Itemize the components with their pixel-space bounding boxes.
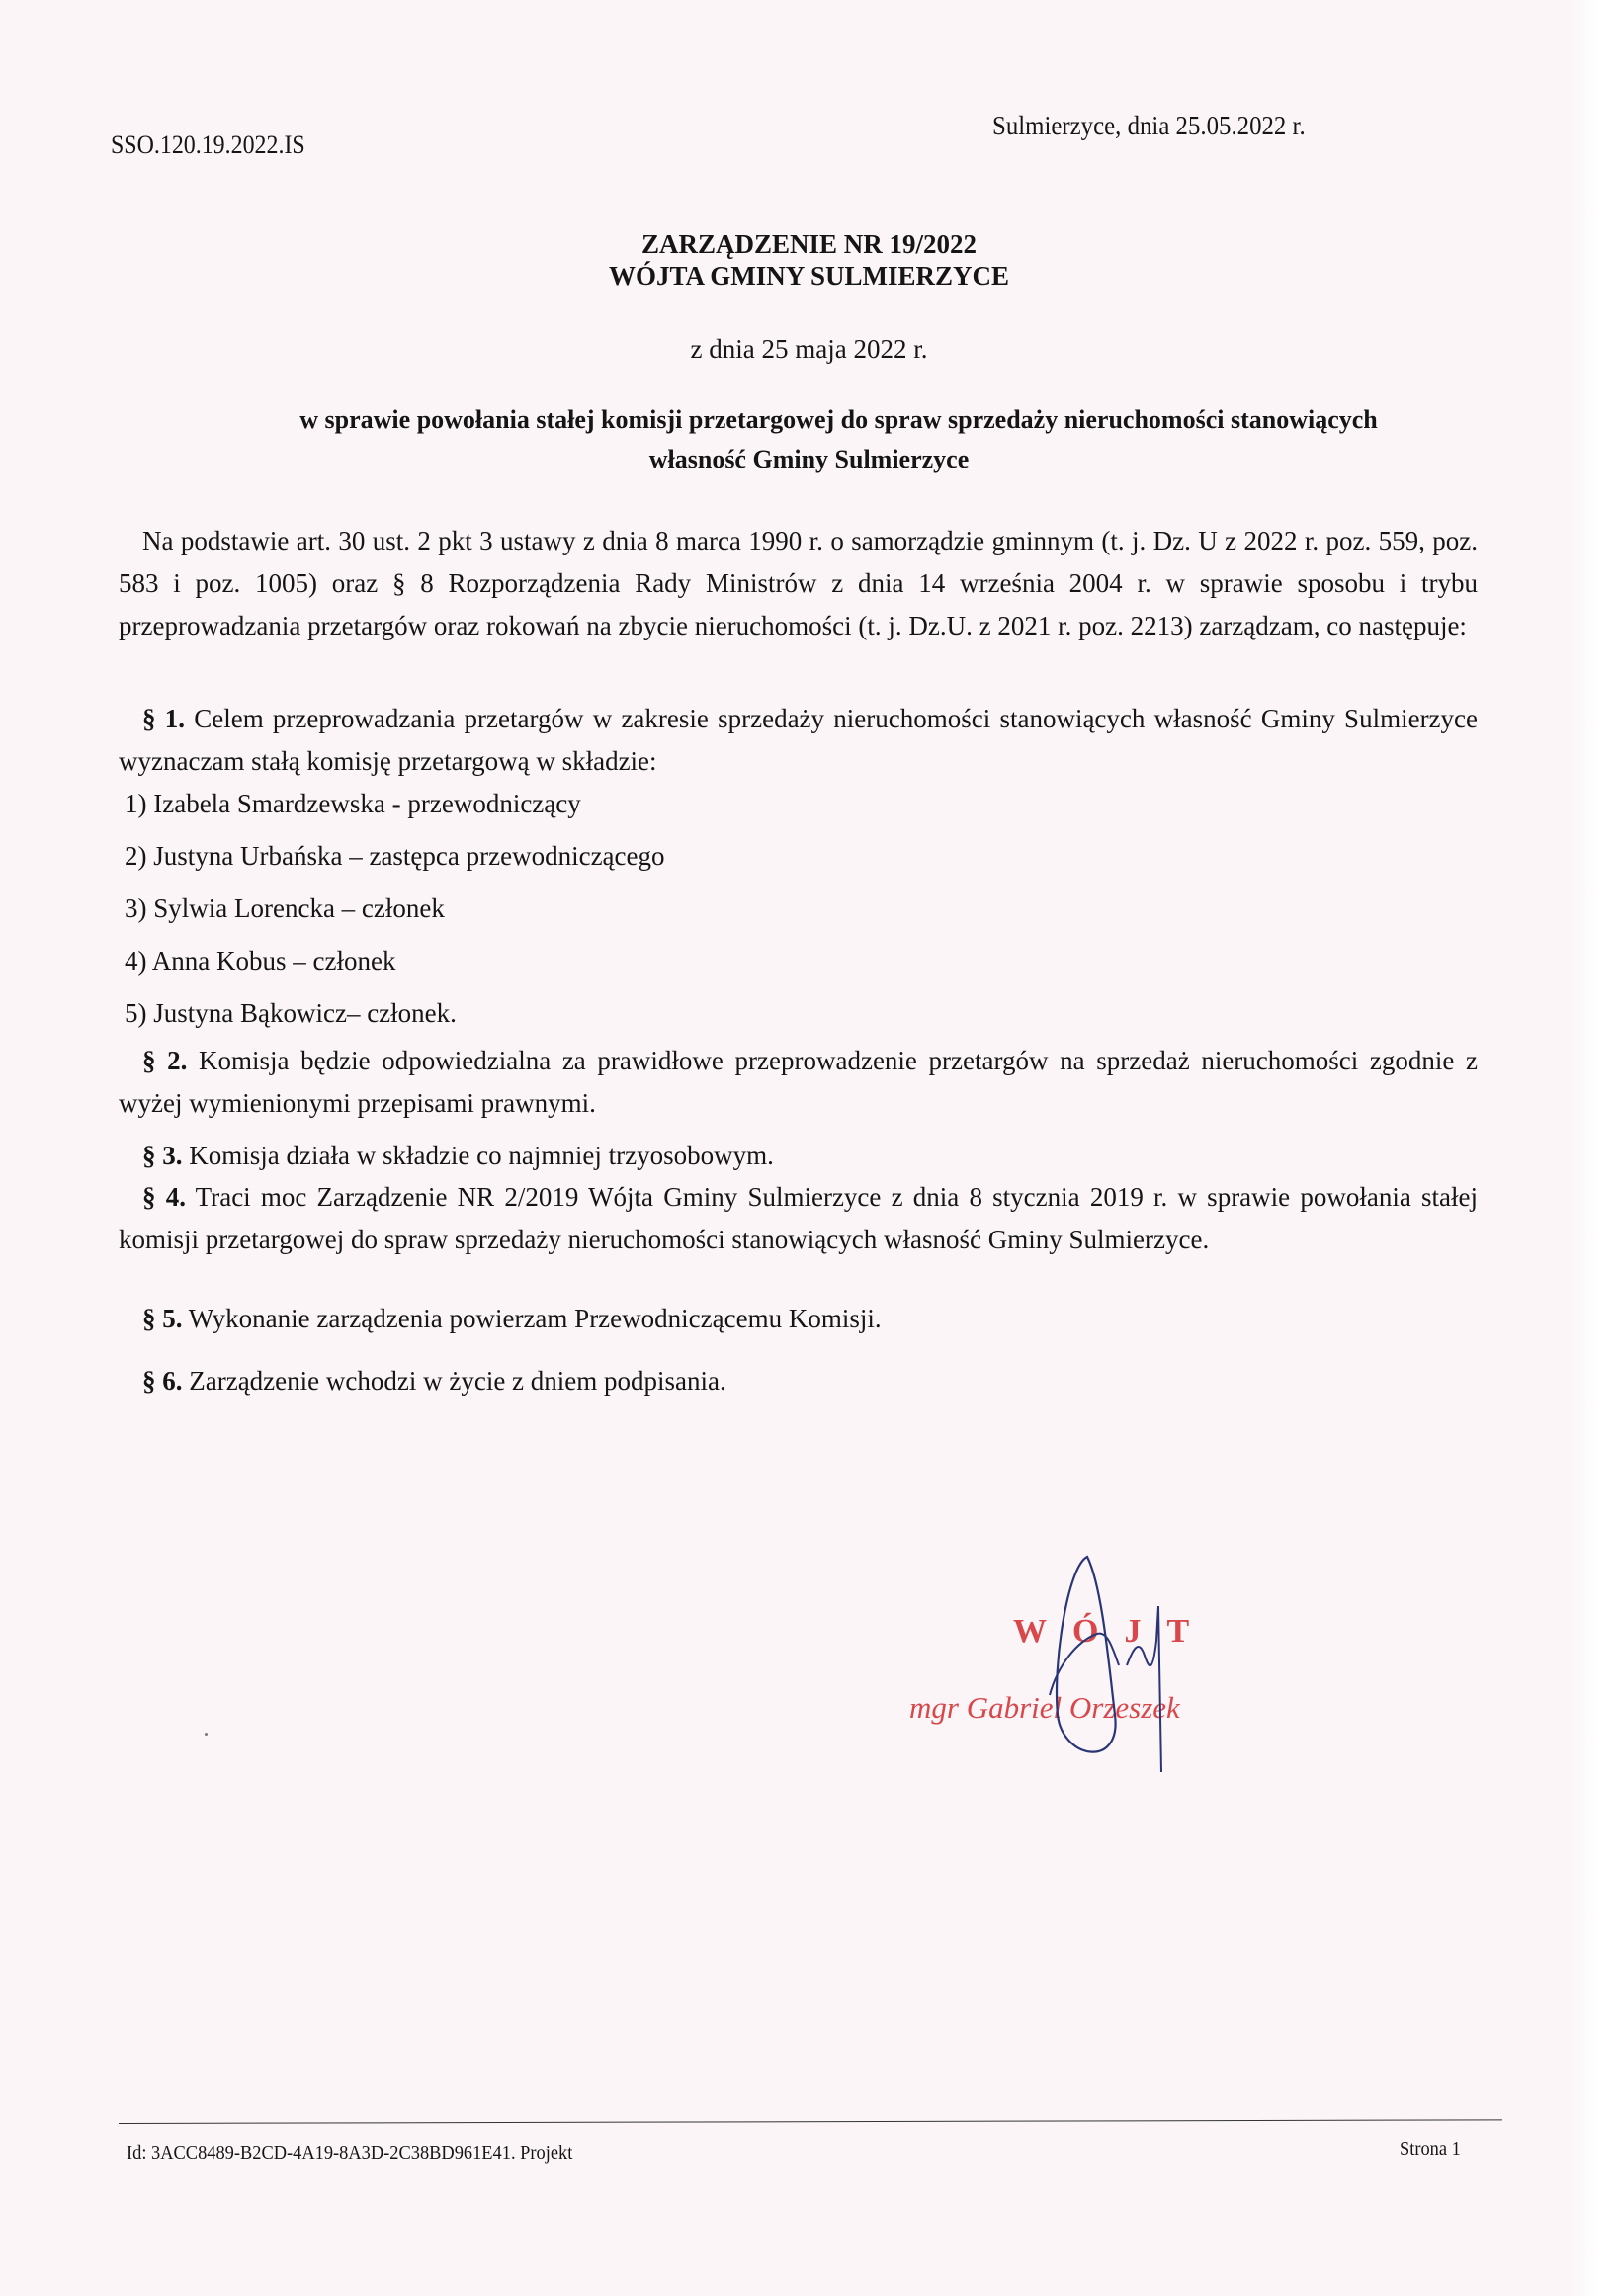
paragraph-text: Komisja działa w składzie co najmniej tr…: [189, 1141, 774, 1170]
paragraph-number: § 6.: [142, 1366, 183, 1396]
subject-line-1: w sprawie powołania stałej komisji przet…: [0, 405, 1618, 435]
document-date: z dnia 25 maja 2022 r.: [0, 334, 1618, 365]
list-item: 4) Anna Kobus – członek: [125, 946, 395, 977]
paragraph-text: Zarządzenie wchodzi w życie z dniem podp…: [189, 1366, 726, 1396]
paragraph-number: § 4.: [142, 1182, 186, 1212]
legal-basis-text: Na podstawie art. 30 ust. 2 pkt 3 ustawy…: [119, 526, 1478, 640]
list-item: 3) Sylwia Lorencka – członek: [125, 893, 445, 924]
place-date: Sulmierzyce, dnia 25.05.2022 r.: [992, 111, 1306, 141]
paragraph-number: § 1.: [142, 704, 185, 733]
paragraph-1: § 1. Celem przeprowadzania przetargów w …: [119, 698, 1478, 783]
paragraph-number: § 5.: [142, 1304, 183, 1333]
list-item: 5) Justyna Bąkowicz– członek.: [125, 998, 457, 1029]
paragraph-2: § 2. Komisja będzie odpowiedzialna za pr…: [119, 1040, 1478, 1125]
paragraph-6: § 6. Zarządzenie wchodzi w życie z dniem…: [119, 1360, 1478, 1403]
list-item: 2) Justyna Urbańska – zastępca przewodni…: [125, 841, 665, 872]
paragraph-number: § 2.: [142, 1046, 187, 1075]
paragraph-4: § 4. Traci moc Zarządzenie NR 2/2019 Wój…: [119, 1176, 1478, 1261]
reference-number: SSO.120.19.2022.IS: [111, 130, 305, 160]
document-title: ZARZĄDZENIE NR 19/2022: [0, 229, 1618, 260]
paragraph-text: Celem przeprowadzania przetargów w zakre…: [119, 704, 1478, 776]
handwritten-signature-icon: [1028, 1547, 1245, 1774]
list-item: 1) Izabela Smardzewska - przewodniczący: [125, 789, 581, 819]
paragraph-5: § 5. Wykonanie zarządzenia powierzam Prz…: [119, 1298, 1478, 1340]
subject-line-2: własność Gminy Sulmierzyce: [0, 445, 1618, 474]
paragraph-text: Komisja będzie odpowiedzialna za prawidł…: [119, 1046, 1478, 1118]
legal-basis-paragraph: Na podstawie art. 30 ust. 2 pkt 3 ustawy…: [119, 520, 1478, 647]
footer-page-number: Strona 1: [1400, 2138, 1461, 2161]
document-issuer: WÓJTA GMINY SULMIERZYCE: [0, 261, 1618, 292]
paragraph-number: § 3.: [142, 1141, 183, 1170]
paragraph-text: Traci moc Zarządzenie NR 2/2019 Wójta Gm…: [119, 1182, 1478, 1254]
footer-document-id: Id: 3ACC8489-B2CD-4A19-8A3D-2C38BD961E41…: [127, 2142, 572, 2165]
scan-speck: [205, 1733, 208, 1736]
paragraph-text: Wykonanie zarządzenia powierzam Przewodn…: [189, 1304, 882, 1333]
footer-divider: [119, 2119, 1502, 2124]
paragraph-3: § 3. Komisja działa w składzie co najmni…: [119, 1135, 1478, 1177]
